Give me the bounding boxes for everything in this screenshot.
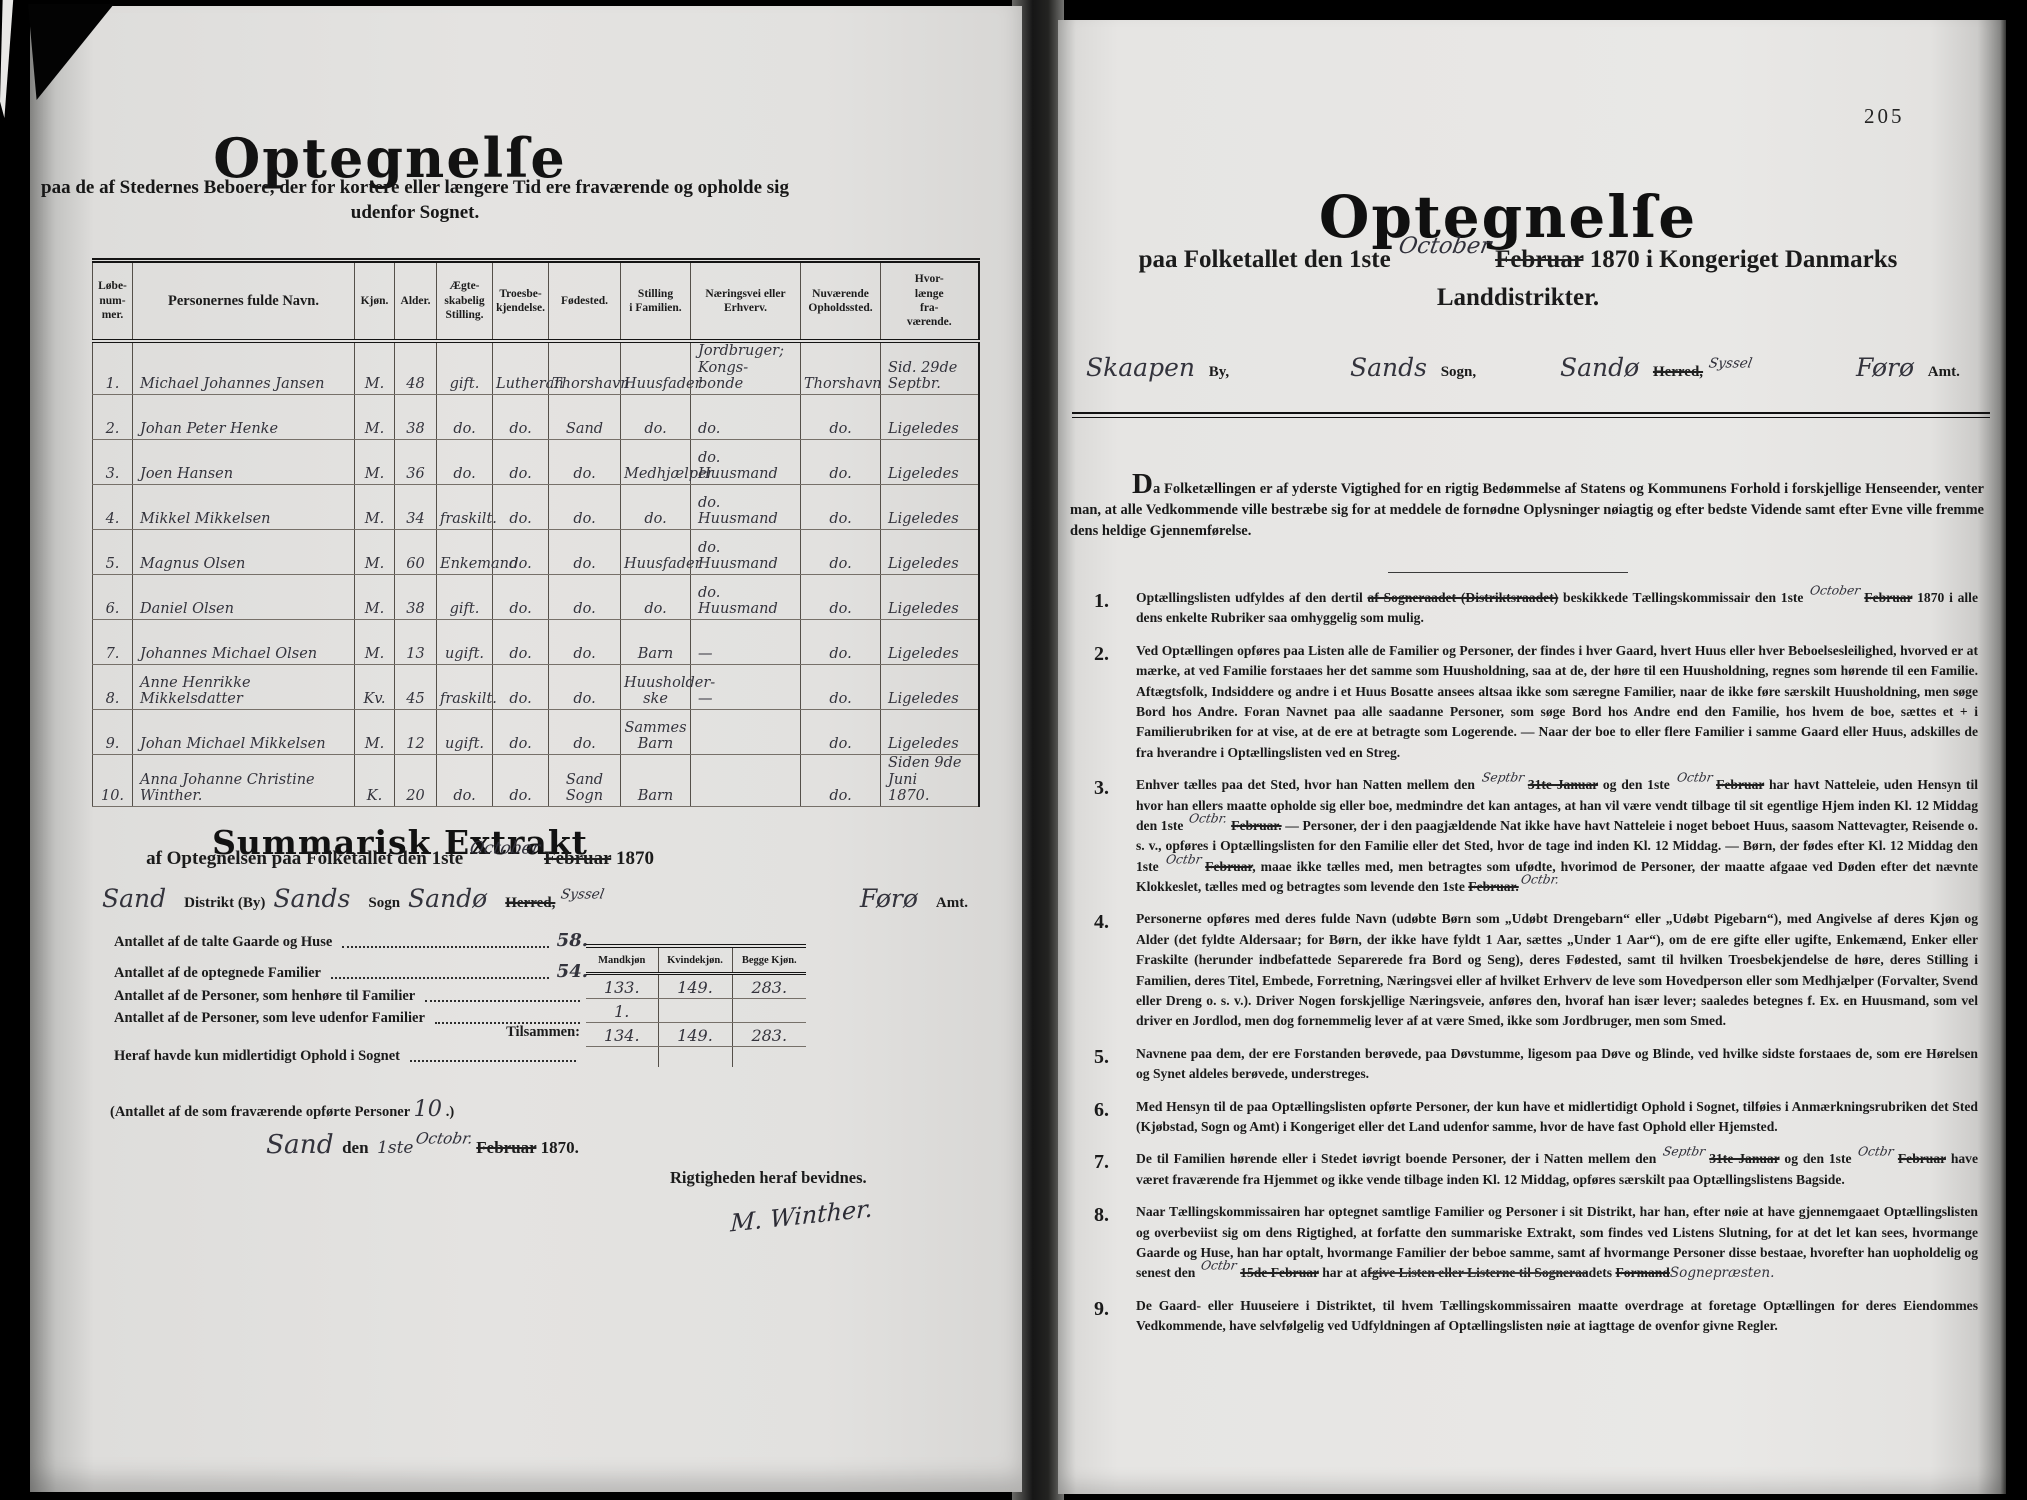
district-line: Sand Distrikt (By) Sands Sogn Sandø Herr… (102, 884, 968, 913)
table-row: 1.Michael Johannes JansenM.48gift.Luther… (93, 341, 979, 395)
table-cell: 34 (395, 485, 437, 530)
table-cell: M. (355, 710, 395, 755)
struck-text: 31te Januar (1709, 1151, 1779, 1166)
persons-in-families-line: Antallet af de Personer, som henhøre til… (114, 988, 588, 1005)
table-cell: do. (801, 485, 881, 530)
location-fields: Skaapen By, Sands Sogn, Sandø Herred, Sy… (1058, 340, 2006, 382)
amt-value-handwritten: Førø (1856, 353, 1914, 382)
amt-label: Amt. (1928, 364, 1960, 380)
table-cell: M. (355, 485, 395, 530)
struck-text: Februar. (1468, 879, 1518, 894)
table-row: 4.Mikkel MikkelsenM.34fraskilt.do.do.do.… (93, 485, 979, 530)
table-cell: Thorshavn (801, 341, 881, 395)
table-cell (691, 710, 801, 755)
table-cell: do. (801, 710, 881, 755)
handwritten-insertion: Octbr (1199, 1257, 1238, 1275)
table-cell: — (691, 620, 801, 665)
struck-text: 15de Februar (1240, 1265, 1319, 1280)
column-header: Kjøn. (355, 261, 395, 342)
sogn-name-handwritten: Sands (273, 884, 350, 913)
table-cell: do. (691, 395, 801, 440)
table-cell: do. Huusmand (691, 485, 801, 530)
summary-row (586, 1047, 806, 1068)
herred-name-handwritten: Sandø (408, 884, 487, 913)
table-cell: Siden 9de Juni 1870. (881, 755, 979, 807)
table-cell: 12 (395, 710, 437, 755)
table-cell: M. (355, 620, 395, 665)
instruction-item: 5.Navnene paa dem, der ere Forstanden be… (1094, 1044, 1978, 1085)
page-number: 205 (1864, 104, 1905, 129)
column-header: Næringsvei eller Erhverv. (691, 261, 801, 342)
instruction-number: 3. (1094, 773, 1109, 803)
table-cell: do. (549, 440, 621, 485)
summary-cell: 133. (586, 974, 658, 999)
amt-name-handwritten: Førø (860, 884, 918, 913)
table-cell: 38 (395, 395, 437, 440)
printed-text: af Optegnelsen paa Folketallet den 1ste (146, 848, 468, 869)
count-families-value: 54. (557, 961, 588, 982)
table-cell: Mikkel Mikkelsen (133, 485, 355, 530)
handwritten-text: 1ste (377, 1138, 413, 1158)
table-cell: 60 (395, 530, 437, 575)
by-label: By, (1209, 364, 1229, 380)
sogn-value-handwritten: Sands (1350, 353, 1427, 382)
instruction-item: 6.Med Hensyn til de paa Optællingslisten… (1094, 1097, 1978, 1138)
table-cell: Johan Michael Mikkelsen (133, 710, 355, 755)
table-cell: Ligeledes (881, 575, 979, 620)
table-cell: Jordbruger; Kongs- bonde (691, 341, 801, 395)
table-cell: do. (621, 485, 691, 530)
temporary-stay-line: Heraf havde kun midlertidigt Ophold i So… (114, 1048, 584, 1065)
count-houses-label: Antallet af de talte Gaarde og Huse (114, 934, 332, 951)
table-cell: do. (801, 665, 881, 710)
count-houses-value: 58. (557, 930, 588, 951)
instruction-number: 1. (1094, 586, 1109, 616)
summary-column-header: Begge Kjøn. (732, 946, 806, 974)
herred-insertion: Syssel (1707, 356, 1753, 372)
table-cell: Ligeledes (881, 620, 979, 665)
printed-text: (Antallet af de som fraværende opførte P… (110, 1104, 414, 1120)
census-book-scan: Optegnelſe paa de af Stedernes Beboere, … (0, 0, 2027, 1500)
column-header: Alder. (395, 261, 437, 342)
table-cell: Johan Peter Henke (133, 395, 355, 440)
table-cell: Enkemand (437, 530, 493, 575)
printed-text: 1870 i Kongeriget Danmarks (1583, 246, 1897, 273)
census-date-line-2: Landdistrikter. (1078, 284, 1958, 312)
table-cell: do. Huusmand (691, 575, 801, 620)
table-cell: M. (355, 440, 395, 485)
table-cell: Ligeledes (881, 485, 979, 530)
table-cell: M. (355, 530, 395, 575)
table-cell: Ligeledes (881, 395, 979, 440)
table-cell: do. (549, 575, 621, 620)
table-cell: 4. (93, 485, 133, 530)
summary-cell: 283. (732, 1023, 806, 1047)
instruction-number: 5. (1094, 1042, 1109, 1072)
table-cell: Huusfader (621, 341, 691, 395)
summary-cell (586, 1047, 658, 1068)
printed-text: Personerne opføres med deres fulde Navn … (1136, 911, 1978, 1028)
attestation-line: Rigtigheden heraf bevidnes. (670, 1168, 867, 1188)
separator-rule (1388, 572, 1628, 573)
count-line-families: Antallet af de optegnede Familier 54. (114, 961, 588, 982)
handwritten-insertion: Octbr. (1187, 809, 1228, 827)
table-cell: do. (549, 710, 621, 755)
printed-text: 1870 (611, 848, 654, 869)
absentees-table: Løbe- num- mer.Personernes fulde Navn.Kj… (92, 258, 980, 807)
herred-value-handwritten: Sandø (1560, 353, 1639, 382)
instruction-item: 3.Enhver tælles paa det Sted, hvor han N… (1094, 775, 1978, 897)
table-cell: do. (801, 395, 881, 440)
table-cell: Magnus Olsen (133, 530, 355, 575)
table-cell: Anne Henrikke Mikkelsdatter (133, 665, 355, 710)
table-cell: do. Huusmand (691, 440, 801, 485)
table-cell: 36 (395, 440, 437, 485)
column-header: Hvor- længe fra- værende. (881, 261, 979, 342)
summary-cell: 134. (586, 1023, 658, 1047)
persons-in-families-label: Antallet af de Personer, som henhøre til… (114, 988, 415, 1005)
table-cell: Medhjælper (621, 440, 691, 485)
instruction-number: 6. (1094, 1095, 1109, 1125)
table-cell: Thorshavn (549, 341, 621, 395)
table-cell: 13 (395, 620, 437, 665)
handwritten-insertion: Octobr. (414, 1130, 474, 1148)
dotted-leader (425, 1000, 580, 1002)
herred-field: Sandø Herred, Syssel (1560, 353, 1756, 382)
table-cell: Johannes Michael Olsen (133, 620, 355, 665)
table-cell: Ligeledes (881, 440, 979, 485)
table-cell: do. (801, 440, 881, 485)
instruction-item: 2.Ved Optællingen opføres paa Listen all… (1094, 641, 1978, 763)
instruction-number: 7. (1094, 1147, 1109, 1177)
table-row: 6.Daniel OlsenM.38gift.do.do.do.do. Huus… (93, 575, 979, 620)
subtitle-line-2: udenfor Sognet. (30, 201, 800, 226)
extract-subtitle: af Optegnelsen paa Folketallet den 1ste … (60, 848, 740, 870)
total-label: Tilsammen: (428, 1024, 580, 1041)
printed-text: Med Hensyn til de paa Optællingslisten o… (1136, 1099, 1978, 1134)
printed-text: Ved Optællingen opføres paa Listen alle … (1136, 643, 1978, 760)
sogn-field: Sands Sogn, (1350, 353, 1476, 382)
printed-text: og den 1ste (1598, 777, 1675, 792)
table-cell: do. (549, 620, 621, 665)
table-cell: do. (621, 395, 691, 440)
handwritten-insertion: October (468, 838, 542, 858)
table-cell: do. (493, 755, 549, 807)
table-row: 10.Anna Johanne Christine Winther.K.20do… (93, 755, 979, 807)
table-row: 3.Joen HansenM.36do.do.do.Medhjælperdo. … (93, 440, 979, 485)
left-page-subtitle: paa de af Stedernes Beboere, der for kor… (30, 176, 800, 225)
sogn-label: Sogn (368, 895, 400, 912)
struck-text: Februar (1205, 859, 1252, 874)
handwritten-insertion: October (1809, 581, 1862, 599)
table-cell: Sid. 29de Septbr. (881, 341, 979, 395)
table-row: 7.Johannes Michael OlsenM.13ugift.do.do.… (93, 620, 979, 665)
summary-cell (732, 1047, 806, 1068)
summary-cell: 149. (658, 974, 732, 999)
sogn-label: Sogn, (1441, 364, 1476, 380)
table-cell: Kv. (355, 665, 395, 710)
instruction-item: 9.De Gaard- eller Huuseiere i Distriktet… (1094, 1296, 1978, 1337)
count-families-label: Antallet af de optegnede Familier (114, 965, 321, 982)
table-cell: do. (801, 530, 881, 575)
handwritten-insertion: October (1397, 233, 1494, 259)
amt-field: Førø Amt. (1856, 353, 1960, 382)
struck-text: 31te Januar (1528, 777, 1598, 792)
temporary-stay-label: Heraf havde kun midlertidigt Ophold i So… (114, 1048, 400, 1065)
table-row: 8.Anne Henrikke MikkelsdatterKv.45fraski… (93, 665, 979, 710)
herred-label-group: Herred, Syssel (505, 895, 608, 912)
table-row: 5.Magnus OlsenM.60Enkemanddo.do.Huusfade… (93, 530, 979, 575)
instruction-text: De til Familien hørende eller i Stedet i… (1136, 1151, 1978, 1186)
summary-column-header: Mandkjøn (586, 946, 658, 974)
table-cell: do. (493, 395, 549, 440)
table-cell (691, 755, 801, 807)
table-row: 9.Johan Michael MikkelsenM.12ugift.do.do… (93, 710, 979, 755)
instruction-text: Personerne opføres med deres fulde Navn … (1136, 911, 1978, 1028)
instruction-number: 4. (1094, 907, 1109, 937)
table-cell: K. (355, 755, 395, 807)
instruction-text: Ved Optællingen opføres paa Listen alle … (1136, 643, 1978, 760)
table-cell: M. (355, 341, 395, 395)
table-cell: do. (437, 755, 493, 807)
count-line-houses: Antallet af de talte Gaarde og Huse 58. (114, 930, 588, 951)
handwritten-insertion: Octbr (1675, 769, 1714, 787)
double-rule (1072, 412, 1990, 418)
table-cell: gift. (437, 341, 493, 395)
handwritten-text: Sognepræsten. (1670, 1265, 1775, 1281)
summary-row: 134.149.283. (586, 1023, 806, 1047)
table-cell: 38 (395, 575, 437, 620)
printed-text: .) (442, 1104, 454, 1120)
right-page-title: Optegnelſe (1168, 183, 1848, 251)
column-header: Stilling i Familien. (621, 261, 691, 342)
struck-text: Februar. (1231, 818, 1281, 833)
table-cell: fraskilt. (437, 665, 493, 710)
handwritten-insertion: Octbr (1857, 1143, 1896, 1161)
table-cell: Huusfader (621, 530, 691, 575)
struck-text: Februar (476, 1138, 536, 1157)
table-cell: Barn (621, 620, 691, 665)
summary-cell: 1. (586, 999, 658, 1023)
table-cell: Sand Sogn (549, 755, 621, 807)
table-cell: ugift. (437, 710, 493, 755)
table-cell: 8. (93, 665, 133, 710)
summary-cell (658, 1047, 732, 1068)
herred-label-struck: Herred, (505, 895, 555, 911)
table-cell: do. (493, 485, 549, 530)
printed-text: paa Folketallet den 1ste (1139, 246, 1397, 273)
herred-label-struck: Herred, (1653, 364, 1703, 380)
table-cell: Sand (549, 395, 621, 440)
instruction-text: Optællingslisten udfyldes af den dertil … (1136, 590, 1978, 625)
left-page: Optegnelſe paa de af Stedernes Beboere, … (30, 6, 1022, 1492)
summary-column-header: Kvindekjøn. (658, 946, 732, 974)
table-cell: do. (493, 620, 549, 665)
column-header: Nuværende Opholdssted. (801, 261, 881, 342)
table-cell: do. (621, 575, 691, 620)
table-cell: gift. (437, 575, 493, 620)
summary-row: 133.149.283. (586, 974, 806, 999)
printed-text: 1870. (536, 1138, 579, 1157)
by-value-handwritten: Skaapen (1086, 353, 1195, 382)
printed-text: De til Familien hørende eller i Stedet i… (1136, 1151, 1661, 1166)
instruction-text: Naar Tællingskommissairen har optegnet s… (1136, 1204, 1978, 1280)
dotted-leader (410, 1060, 576, 1062)
column-header: Ægte- skabelig Stilling. (437, 261, 493, 342)
struck-text: Formand (1615, 1265, 1669, 1280)
table-cell: Ligeledes (881, 665, 979, 710)
table-cell: Huusholder- ske (621, 665, 691, 710)
struck-text: Februar (544, 848, 611, 869)
struck-text: Februar (1495, 246, 1583, 273)
summary-row: 1. (586, 999, 806, 1023)
table-cell: do. Huusmand (691, 530, 801, 575)
table-cell: do. (801, 755, 881, 807)
summary-cell (732, 999, 806, 1023)
table-cell: fraskilt. (437, 485, 493, 530)
table-cell: do. (801, 575, 881, 620)
table-cell: Joen Hansen (133, 440, 355, 485)
printed-text: Navnene paa dem, der ere Forstanden berø… (1136, 1046, 1978, 1081)
column-header: Løbe- num- mer. (93, 261, 133, 342)
table-cell: do. (493, 440, 549, 485)
table-cell: do. (493, 710, 549, 755)
handwritten-text: Sand (266, 1130, 334, 1160)
table-cell: 48 (395, 341, 437, 395)
table-cell: 45 (395, 665, 437, 710)
table-cell: do. (437, 395, 493, 440)
amt-label: Amt. (936, 895, 968, 912)
table-cell: 10. (93, 755, 133, 807)
struck-text: af Sogneraadet (Distriktsraadet) (1368, 590, 1559, 605)
census-date-line: paa Folketallet den 1ste OctoberFebruar … (1078, 246, 1958, 274)
instruction-text: Navnene paa dem, der ere Forstanden berø… (1136, 1046, 1978, 1081)
summary-cell: 283. (732, 974, 806, 999)
dotted-leader (342, 946, 548, 948)
bottom-rule (1370, 1272, 1586, 1274)
intro-paragraph: Da Folketællingen er af yderste Vigtighe… (1070, 473, 1984, 542)
district-name-handwritten: Sand (102, 884, 166, 913)
printed-text: De Gaard- eller Huuseiere i Distriktet, … (1136, 1298, 1978, 1333)
table-cell: Ligeledes (881, 710, 979, 755)
table-cell: Lutheran (493, 341, 549, 395)
table-row: 2.Johan Peter HenkeM.38do.do.Sanddo.do.d… (93, 395, 979, 440)
table-cell: Anna Johanne Christine Winther. (133, 755, 355, 807)
table-cell: 5. (93, 530, 133, 575)
instruction-item: 7.De til Familien hørende eller i Stedet… (1094, 1149, 1978, 1190)
table-cell: Sammes Barn (621, 710, 691, 755)
printed-text: Enhver tælles paa det Sted, hvor han Nat… (1136, 777, 1480, 792)
table-cell: 6. (93, 575, 133, 620)
summary-cell (658, 999, 732, 1023)
instruction-number: 8. (1094, 1200, 1109, 1230)
table-cell: Daniel Olsen (133, 575, 355, 620)
dotted-leader (331, 977, 549, 979)
instruction-text: De Gaard- eller Huuseiere i Distriktet, … (1136, 1298, 1978, 1333)
column-header: Troesbe- kjendelse. (493, 261, 549, 342)
herred-insertion: Syssel (560, 887, 606, 903)
table-cell: 20 (395, 755, 437, 807)
summary-cell: 149. (658, 1023, 732, 1047)
printed-text: beskikkede Tællingskommissair den 1ste (1558, 590, 1808, 605)
instruction-text: Enhver tælles paa det Sted, hvor han Nat… (1136, 777, 1978, 894)
table-cell: 1. (93, 341, 133, 395)
printed-text: den (334, 1138, 377, 1157)
table-cell: Michael Johannes Jansen (133, 341, 355, 395)
instruction-number: 2. (1094, 639, 1109, 669)
instructions-list: 1.Optællingslisten udfyldes af den derti… (1094, 588, 1978, 1349)
instruction-item: 1.Optællingslisten udfyldes af den derti… (1094, 588, 1978, 629)
persons-outside-families-label: Antallet af de Personer, som leve udenfo… (114, 1010, 425, 1027)
printed-text: og den 1ste (1780, 1151, 1857, 1166)
table-cell: do. (493, 665, 549, 710)
table-cell: 9. (93, 710, 133, 755)
district-label: Distrikt (By) (184, 895, 265, 912)
handwritten-insertion: Septbr (1480, 769, 1525, 787)
instruction-number: 9. (1094, 1294, 1109, 1324)
table-cell: do. (493, 575, 549, 620)
by-field: Skaapen By, (1086, 353, 1229, 382)
summary-table: MandkjønKvindekjøn.Begge Kjøn.133.149.28… (586, 944, 806, 1067)
handwritten-insertion: Octbr. (1519, 870, 1560, 888)
column-header: Fødested. (549, 261, 621, 342)
subtitle-line-1: paa de af Stedernes Beboere, der for kor… (30, 176, 800, 201)
handwritten-text: 10 (414, 1096, 443, 1122)
instruction-text: Med Hensyn til de paa Optællingslisten o… (1136, 1099, 1978, 1134)
table-cell: do. (549, 485, 621, 530)
struck-text: Februar (1716, 777, 1764, 792)
table-cell: do. (549, 530, 621, 575)
handwritten-insertion: Octbr (1164, 850, 1203, 868)
date-and-place-line: Sand den 1steOctobr.Februar 1870. (266, 1130, 579, 1160)
table-cell: do. (549, 665, 621, 710)
table-cell: M. (355, 575, 395, 620)
table-cell: 3. (93, 440, 133, 485)
table-cell: Barn (621, 755, 691, 807)
handwritten-insertion: Septbr (1662, 1143, 1707, 1161)
table-cell: 7. (93, 620, 133, 665)
table-cell: 2. (93, 395, 133, 440)
right-page: 205 Optegnelſe paa Folketallet den 1ste … (1058, 20, 2006, 1494)
table-cell: do. (801, 620, 881, 665)
absent-persons-note: (Antallet af de som fraværende opførte P… (110, 1096, 454, 1122)
column-header: Personernes fulde Navn. (133, 261, 355, 342)
table-cell: Ligeledes (881, 530, 979, 575)
table-cell: M. (355, 395, 395, 440)
table-cell: ugift. (437, 620, 493, 665)
printed-text: Optællingslisten udfyldes af den dertil (1136, 590, 1368, 605)
signature: M. Winther. (730, 1194, 873, 1237)
struck-text: Februar (1898, 1151, 1946, 1166)
instruction-item: 4.Personerne opføres med deres fulde Nav… (1094, 909, 1978, 1031)
struck-text: Februar (1864, 590, 1912, 605)
table-cell: do. (437, 440, 493, 485)
